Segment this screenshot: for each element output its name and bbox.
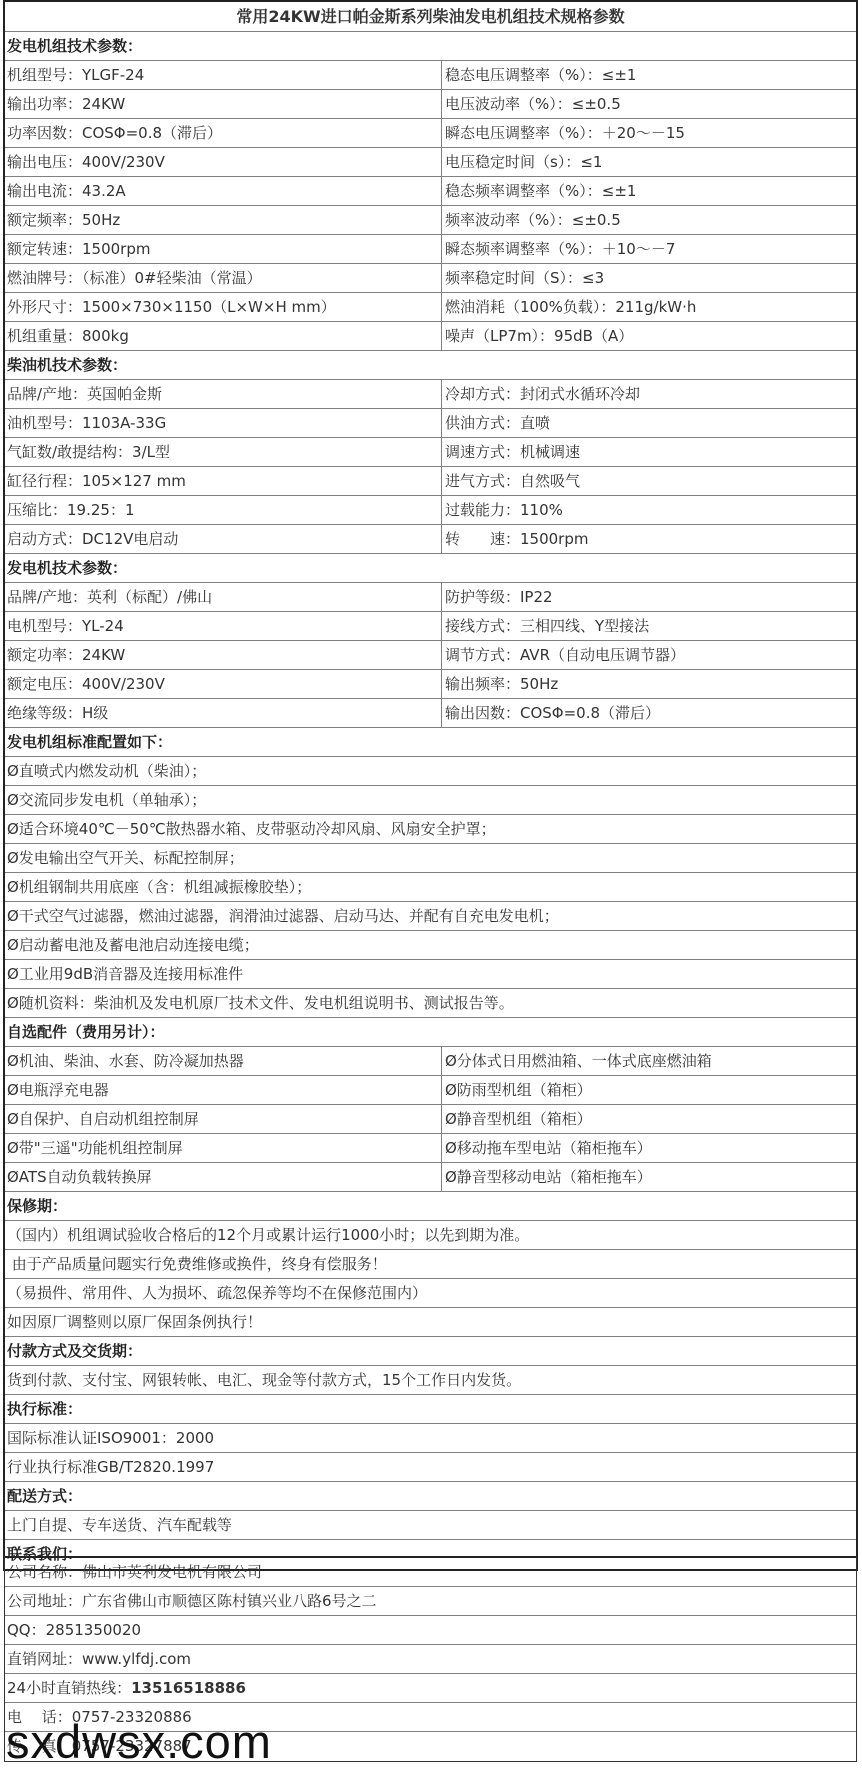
option-cell: Ø移动拖车型电站（箱柜拖车）: [442, 1134, 856, 1162]
spec-cell: 气缸数/敢提结构：3/L型: [5, 438, 442, 466]
table-row: 油机型号：1103A-33G供油方式：直喷: [5, 409, 856, 438]
list-item: 国际标准认证ISO9001：2000: [5, 1424, 856, 1453]
table-row: 外形尺寸：1500×730×1150（L×W×H mm）燃油消耗（100%负载）…: [5, 293, 856, 322]
list-item: Ø工业用9dB消音器及连接用标准件: [5, 960, 856, 989]
table-row: 绝缘等级：H级输出因数：COSΦ=0.8（滞后）: [5, 699, 856, 728]
qq-number: QQ：2851350020: [5, 1616, 856, 1644]
list-item: Ø随机资料：柴油机及发电机原厂技术文件、发电机组说明书、测试报告等。: [5, 989, 856, 1018]
spec-cell: 稳态频率调整率（%）：≤±1: [442, 177, 856, 205]
option-cell: Ø自保护、自启动机组控制屏: [5, 1105, 442, 1133]
list-item: Ø发电输出空气开关、标配控制屏；: [5, 844, 856, 873]
spec-cell: 绝缘等级：H级: [5, 699, 442, 727]
config-item: Ø交流同步发电机（单轴承）；: [5, 786, 856, 814]
spec-cell: 额定频率：50Hz: [5, 206, 442, 234]
config-item: Ø干式空气过滤器，燃油过滤器，润滑油过滤器、启动马达、并配有自充电发电机；: [5, 902, 856, 930]
config-item: Ø随机资料：柴油机及发电机原厂技术文件、发电机组说明书、测试报告等。: [5, 989, 856, 1017]
table-row: 缸径行程：105×127 mm进气方式：自然吸气: [5, 467, 856, 496]
spec-cell: 过载能力：110%: [442, 496, 856, 524]
list-item: Ø机组钢制共用底座（含：机组减振橡胶垫）；: [5, 873, 856, 902]
spec-cell: 接线方式：三相四线、Y型接法: [442, 612, 856, 640]
spec-cell: 频率波动率（%）：≤±0.5: [442, 206, 856, 234]
table-row: 压缩比：19.25：1过载能力：110%: [5, 496, 856, 525]
list-item: 如因原厂调整则以原厂保固条例执行！: [5, 1308, 856, 1337]
table-row: 额定转速：1500rpm瞬态频率调整率（%）：＋10～－7: [5, 235, 856, 264]
spec-cell: 燃油牌号：（标准）0#轻柴油（常温）: [5, 264, 442, 292]
spec-cell: 输出电流：43.2A: [5, 177, 442, 205]
list-item: Ø直喷式内燃发动机（柴油）；: [5, 757, 856, 786]
page-title: 常用24KW进口帕金斯系列柴油发电机组技术规格参数: [5, 2, 856, 31]
spec-cell: 额定功率：24KW: [5, 641, 442, 669]
spec-cell: 供油方式：直喷: [442, 409, 856, 437]
table-row: 输出电压：400V/230V电压稳定时间（s）：≤1: [5, 148, 856, 177]
spec-cell: 启动方式：DC12V电启动: [5, 525, 442, 553]
payment-item: 货到付款、支付宝、网银转帐、电汇、现金等付款方式，15个工作日内发货。: [5, 1366, 856, 1394]
warranty-item: （易损件、常用件、人为损坏、疏忽保养等均不在保修范围内）: [5, 1279, 856, 1307]
section-standards-header: 执行标准：: [5, 1395, 856, 1423]
spec-cell: 噪声（LP7m）：95dB（A）: [442, 322, 856, 350]
spec-cell: 输出因数：COSΦ=0.8（滞后）: [442, 699, 856, 727]
spec-cell: 输出功率：24KW: [5, 90, 442, 118]
spec-cell: 调节方式：AVR（自动电压调节器）: [442, 641, 856, 669]
standard-item: 国际标准认证ISO9001：2000: [5, 1424, 856, 1452]
spec-cell: 瞬态电压调整率（%）：＋20～－15: [442, 119, 856, 147]
spec-cell: 外形尺寸：1500×730×1150（L×W×H mm）: [5, 293, 442, 321]
list-item: 货到付款、支付宝、网银转帐、电汇、现金等付款方式，15个工作日内发货。: [5, 1366, 856, 1395]
spec-cell: 瞬态频率调整率（%）：＋10～－7: [442, 235, 856, 263]
spec-cell: 燃油消耗（100%负载）：211g/kW·h: [442, 293, 856, 321]
table-row: 启动方式：DC12V电启动转 速：1500rpm: [5, 525, 856, 554]
watermark-text: sxdwsx.com: [6, 1712, 272, 1772]
spec-cell: 输出频率：50Hz: [442, 670, 856, 698]
section-warranty-header: 保修期：: [5, 1192, 856, 1220]
spec-cell: 机组重量：800kg: [5, 322, 442, 350]
spec-cell: 输出电压：400V/230V: [5, 148, 442, 176]
spec-cell: 转 速：1500rpm: [442, 525, 856, 553]
list-item: Ø适合环境40℃－50℃散热器水箱、皮带驱动冷却风扇、风扇安全护罩；: [5, 815, 856, 844]
spec-cell: 额定电压：400V/230V: [5, 670, 442, 698]
config-item: Ø启动蓄电池及蓄电池启动连接电缆；: [5, 931, 856, 959]
warranty-item: 由于产品质量问题实行免费维修或换件，终身有偿服务！: [5, 1250, 856, 1278]
table-row: 功率因数：COSΦ=0.8（滞后）瞬态电压调整率（%）：＋20～－15: [5, 119, 856, 148]
delivery-item: 上门自提、专车送货、汽车配载等: [5, 1511, 856, 1539]
option-cell: Ø静音型移动电站（箱柜拖车）: [442, 1163, 856, 1191]
spec-cell: 进气方式：自然吸气: [442, 467, 856, 495]
table-row: 输出功率：24KW电压波动率（%）：≤±0.5: [5, 90, 856, 119]
table-row: 气缸数/敢提结构：3/L型调速方式：机械调速: [5, 438, 856, 467]
table-row: 输出电流：43.2A稳态频率调整率（%）：≤±1: [5, 177, 856, 206]
table-row: Ø机油、柴油、水套、防冷凝加热器Ø分体式日用燃油箱、一体式底座燃油箱: [5, 1047, 856, 1076]
spec-cell: 频率稳定时间（S）：≤3: [442, 264, 856, 292]
list-item: Ø干式空气过滤器，燃油过滤器，润滑油过滤器、启动马达、并配有自充电发电机；: [5, 902, 856, 931]
table-row: 品牌/产地：英利（标配）/佛山防护等级：IP22: [5, 583, 856, 612]
section-delivery-header: 配送方式：: [5, 1482, 856, 1510]
hotline-label: 24小时直销热线：: [7, 1679, 131, 1697]
table-row: 额定电压：400V/230V输出频率：50Hz: [5, 670, 856, 699]
config-item: Ø直喷式内燃发动机（柴油）；: [5, 757, 856, 785]
section-engine-header: 柴油机技术参数：: [5, 351, 856, 379]
hotline: 24小时直销热线：13516518886: [5, 1674, 856, 1702]
section-alternator-header: 发电机技术参数：: [5, 554, 856, 582]
spec-cell: 油机型号：1103A-33G: [5, 409, 442, 437]
spec-cell: 调速方式：机械调速: [442, 438, 856, 466]
option-cell: Ø电瓶浮充电器: [5, 1076, 442, 1104]
spec-cell: 品牌/产地：英国帕金斯: [5, 380, 442, 408]
table-row: Ø自保护、自启动机组控制屏Ø静音型机组（箱柜）: [5, 1105, 856, 1134]
company-name: 公司名称：佛山市英利发电机有限公司: [5, 1558, 856, 1586]
standard-item: 行业执行标准GB/T2820.1997: [5, 1453, 856, 1481]
website-link[interactable]: 直销网址：www.ylfdj.com: [5, 1645, 856, 1673]
option-cell: Ø带"三遥"功能机组控制屏: [5, 1134, 442, 1162]
table-row: 电机型号：YL-24接线方式：三相四线、Y型接法: [5, 612, 856, 641]
section-optional-header: 自选配件（费用另计）：: [5, 1018, 856, 1046]
section-genset-header: 发电机组技术参数：: [5, 32, 856, 60]
spec-cell: 品牌/产地：英利（标配）/佛山: [5, 583, 442, 611]
table-row: 额定频率：50Hz频率波动率（%）：≤±0.5: [5, 206, 856, 235]
spec-cell: 功率因数：COSΦ=0.8（滞后）: [5, 119, 442, 147]
list-item: Ø交流同步发电机（单轴承）；: [5, 786, 856, 815]
section-payment-header: 付款方式及交货期：: [5, 1337, 856, 1365]
list-item: （国内）机组调试验收合格后的12个月或累计运行1000小时；以先到期为准。: [5, 1221, 856, 1250]
spec-cell: 冷却方式：封闭式水循环冷却: [442, 380, 856, 408]
option-cell: Ø静音型机组（箱柜）: [442, 1105, 856, 1133]
config-item: Ø机组钢制共用底座（含：机组减振橡胶垫）；: [5, 873, 856, 901]
table-row: 额定功率：24KW调节方式：AVR（自动电压调节器）: [5, 641, 856, 670]
option-cell: Ø机油、柴油、水套、防冷凝加热器: [5, 1047, 442, 1075]
spec-table: 常用24KW进口帕金斯系列柴油发电机组技术规格参数 发电机组技术参数： 机组型号…: [3, 0, 858, 1571]
option-cell: Ø分体式日用燃油箱、一体式底座燃油箱: [442, 1047, 856, 1075]
list-item: 由于产品质量问题实行免费维修或换件，终身有偿服务！: [5, 1250, 856, 1279]
hotline-number: 13516518886: [131, 1679, 246, 1697]
table-row: 品牌/产地：英国帕金斯冷却方式：封闭式水循环冷却: [5, 380, 856, 409]
list-item: （易损件、常用件、人为损坏、疏忽保养等均不在保修范围内）: [5, 1279, 856, 1308]
table-row: ØATS自动负载转换屏Ø静音型移动电站（箱柜拖车）: [5, 1163, 856, 1192]
warranty-item: （国内）机组调试验收合格后的12个月或累计运行1000小时；以先到期为准。: [5, 1221, 856, 1249]
list-item: 行业执行标准GB/T2820.1997: [5, 1453, 856, 1482]
warranty-item: 如因原厂调整则以原厂保固条例执行！: [5, 1308, 856, 1336]
spec-cell: 额定转速：1500rpm: [5, 235, 442, 263]
table-row: 机组重量：800kg噪声（LP7m）：95dB（A）: [5, 322, 856, 351]
list-item: Ø启动蓄电池及蓄电池启动连接电缆；: [5, 931, 856, 960]
spec-cell: 电机型号：YL-24: [5, 612, 442, 640]
spec-cell: 电压稳定时间（s）：≤1: [442, 148, 856, 176]
table-row: Ø电瓶浮充电器Ø防雨型机组（箱柜）: [5, 1076, 856, 1105]
option-cell: Ø防雨型机组（箱柜）: [442, 1076, 856, 1104]
company-address: 公司地址：广东省佛山市顺德区陈村镇兴业八路6号之二: [5, 1587, 856, 1615]
section-standard-config-header: 发电机组标准配置如下：: [5, 728, 856, 756]
spec-cell: 缸径行程：105×127 mm: [5, 467, 442, 495]
spec-cell: 防护等级：IP22: [442, 583, 856, 611]
config-item: Ø发电输出空气开关、标配控制屏；: [5, 844, 856, 872]
spec-cell: 机组型号：YLGF-24: [5, 61, 442, 89]
spec-cell: 电压波动率（%）：≤±0.5: [442, 90, 856, 118]
table-row: 燃油牌号：（标准）0#轻柴油（常温）频率稳定时间（S）：≤3: [5, 264, 856, 293]
spec-cell: 压缩比：19.25：1: [5, 496, 442, 524]
option-cell: ØATS自动负载转换屏: [5, 1163, 442, 1191]
title-row: 常用24KW进口帕金斯系列柴油发电机组技术规格参数: [5, 2, 856, 32]
table-row: Ø带"三遥"功能机组控制屏Ø移动拖车型电站（箱柜拖车）: [5, 1134, 856, 1163]
list-item: 上门自提、专车送货、汽车配载等: [5, 1511, 856, 1540]
config-item: Ø工业用9dB消音器及连接用标准件: [5, 960, 856, 988]
spec-cell: 稳态电压调整率（%）：≤±1: [442, 61, 856, 89]
config-item: Ø适合环境40℃－50℃散热器水箱、皮带驱动冷却风扇、风扇安全护罩；: [5, 815, 856, 843]
table-row: 机组型号：YLGF-24稳态电压调整率（%）：≤±1: [5, 61, 856, 90]
